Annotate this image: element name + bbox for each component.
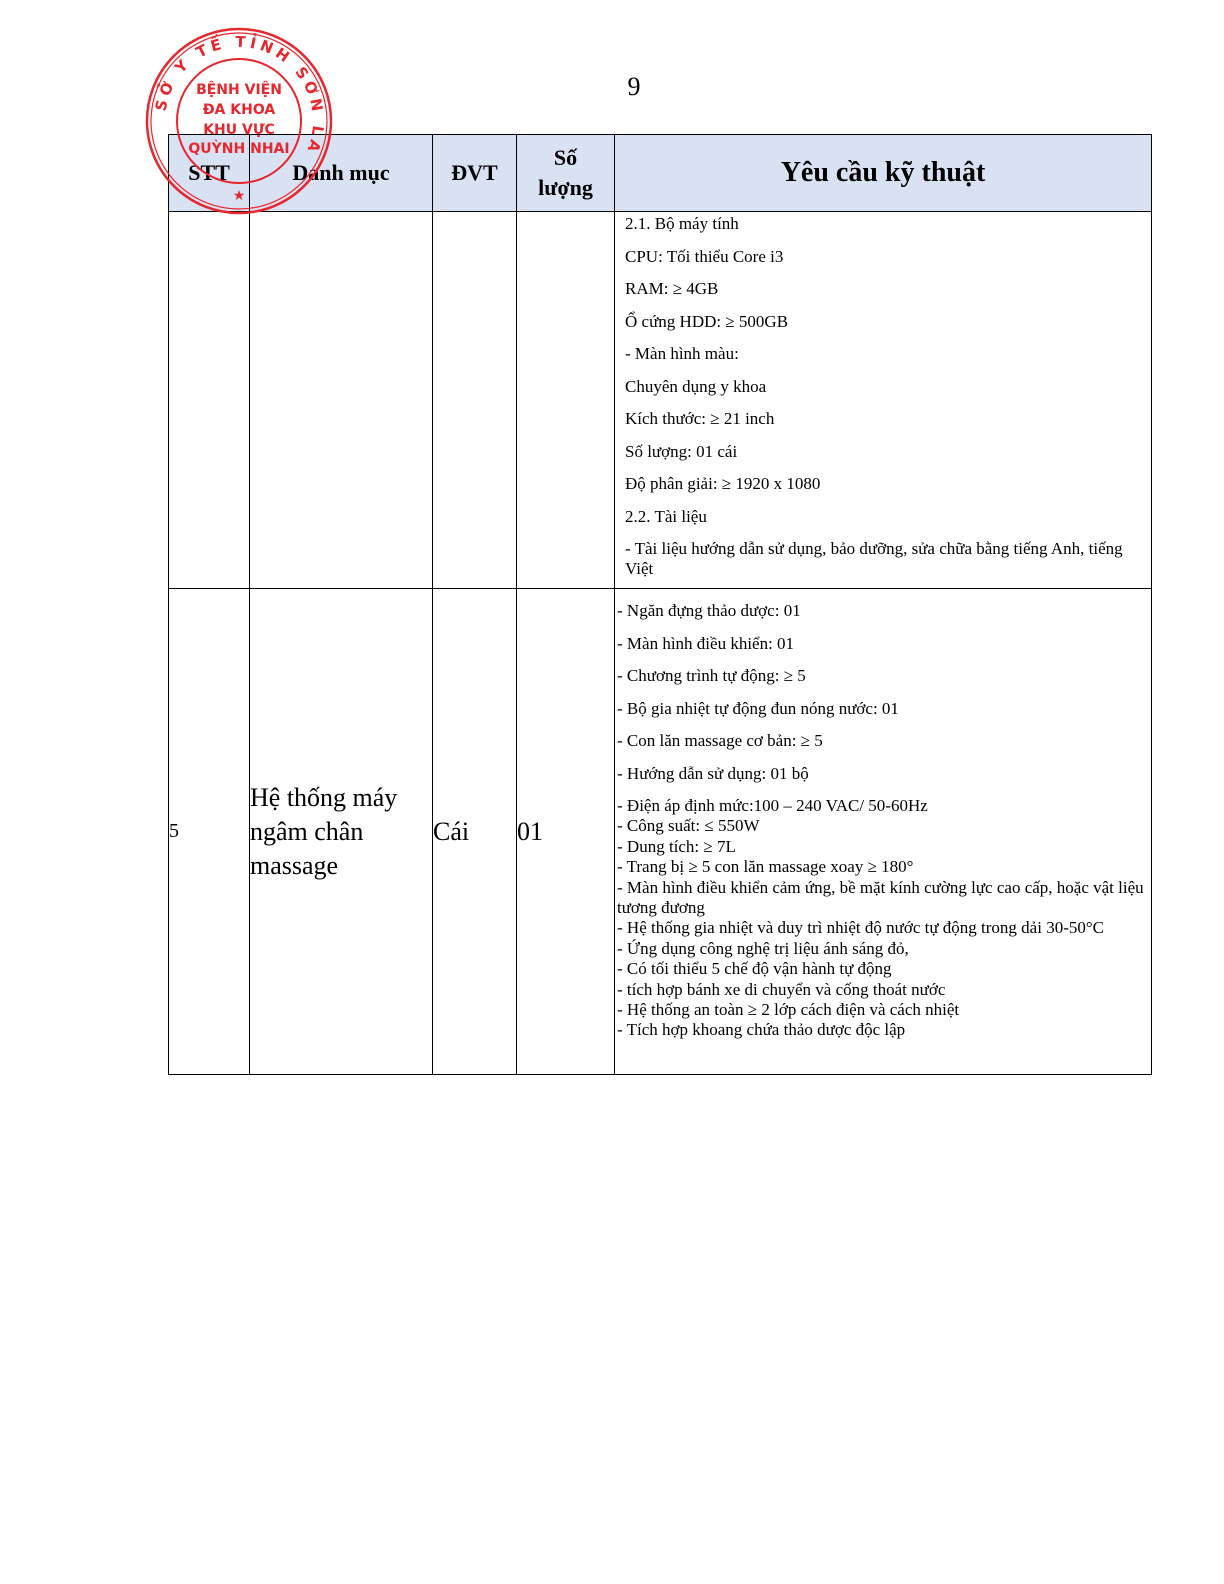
requirement-line: - Hệ thống gia nhiệt và duy trì nhiệt độ… (617, 918, 1147, 938)
cell-stt (169, 212, 250, 589)
cell-quantity (517, 212, 615, 589)
header-quantity-line2: lượng (517, 173, 614, 203)
requirement-line: - Trang bị ≥ 5 con lăn massage xoay ≥ 18… (617, 857, 1147, 877)
requirement-line: CPU: Tối thiểu Core i3 (625, 247, 1141, 267)
requirement-line: Kích thước: ≥ 21 inch (625, 409, 1141, 429)
requirement-line: - Công suất: ≤ 550W (617, 816, 1147, 836)
stamp-line: ĐA KHOA (203, 102, 276, 118)
table-row: 2.1. Bộ máy tínhCPU: Tối thiểu Core i3RA… (169, 212, 1152, 589)
requirement-line: Độ phân giải: ≥ 1920 x 1080 (625, 474, 1141, 494)
header-quantity-line1: Số (517, 143, 614, 173)
requirement-line: - Hệ thống an toàn ≥ 2 lớp cách điện và … (617, 1000, 1147, 1020)
requirement-line: - Con lăn massage cơ bản: ≥ 5 (617, 731, 1147, 751)
header-stt: STT (169, 135, 250, 212)
requirement-line: - Màn hình điều khiển cảm ứng, bề mặt kí… (617, 878, 1147, 919)
requirement-line: - Điện áp định mức:100 – 240 VAC/ 50-60H… (617, 796, 1147, 816)
cell-unit (433, 212, 517, 589)
requirement-line: - Bộ gia nhiệt tự động đun nóng nước: 01 (617, 699, 1147, 719)
cell-unit: Cái (433, 589, 517, 1075)
cell-name: Hệ thống máy ngâm chân massage (250, 589, 433, 1075)
requirement-line: 2.1. Bộ máy tính (625, 214, 1141, 234)
requirement-line: - Tích hợp khoang chứa thảo dược độc lập (617, 1020, 1147, 1040)
requirements-list: 2.1. Bộ máy tínhCPU: Tối thiểu Core i3RA… (615, 212, 1151, 585)
requirement-line: Ổ cứng HDD: ≥ 500GB (625, 312, 1141, 332)
requirement-line: - Dung tích: ≥ 7L (617, 837, 1147, 857)
page-number: 9 (0, 72, 1224, 102)
requirement-line: - Ứng dụng công nghệ trị liệu ánh sáng đ… (617, 939, 1147, 959)
requirement-line: - tích hợp bánh xe di chuyển và cống tho… (617, 980, 1147, 1000)
requirement-line: - Màn hình màu: (625, 344, 1141, 364)
requirements-basic: - Ngăn đựng thảo dược: 01- Màn hình điều… (617, 601, 1147, 784)
requirement-line: - Ngăn đựng thảo dược: 01 (617, 601, 1147, 621)
header-name: Danh mục (250, 135, 433, 212)
requirements-list: - Ngăn đựng thảo dược: 01- Màn hình điều… (615, 589, 1151, 1051)
requirement-line: - Có tối thiểu 5 chế độ vận hành tự động (617, 959, 1147, 979)
requirement-line: RAM: ≥ 4GB (625, 279, 1141, 299)
requirement-line: - Hướng dẫn sử dụng: 01 bộ (617, 764, 1147, 784)
cell-stt: 5 (169, 589, 250, 1075)
header-quantity: Số lượng (517, 135, 615, 212)
requirement-line: - Màn hình điều khiển: 01 (617, 634, 1147, 654)
cell-quantity: 01 (517, 589, 615, 1075)
requirements-detailed: - Điện áp định mức:100 – 240 VAC/ 50-60H… (617, 796, 1147, 1041)
table-row: 5 Hệ thống máy ngâm chân massage Cái 01 … (169, 589, 1152, 1075)
requirement-line: Số lượng: 01 cái (625, 442, 1141, 462)
requirement-line: - Chương trình tự động: ≥ 5 (617, 666, 1147, 686)
table-header-row: STT Danh mục ĐVT Số lượng Yêu cầu kỹ thu… (169, 135, 1152, 212)
header-requirements: Yêu cầu kỹ thuật (615, 135, 1152, 212)
cell-requirements: - Ngăn đựng thảo dược: 01- Màn hình điều… (615, 589, 1152, 1075)
technical-spec-table: STT Danh mục ĐVT Số lượng Yêu cầu kỹ thu… (168, 134, 1152, 1075)
cell-name (250, 212, 433, 589)
requirement-line: 2.2. Tài liệu (625, 507, 1141, 527)
requirement-line: - Tài liệu hướng dẫn sử dụng, bảo dưỡng,… (625, 539, 1141, 579)
cell-requirements: 2.1. Bộ máy tínhCPU: Tối thiểu Core i3RA… (615, 212, 1152, 589)
requirement-line: Chuyên dụng y khoa (625, 377, 1141, 397)
header-unit: ĐVT (433, 135, 517, 212)
